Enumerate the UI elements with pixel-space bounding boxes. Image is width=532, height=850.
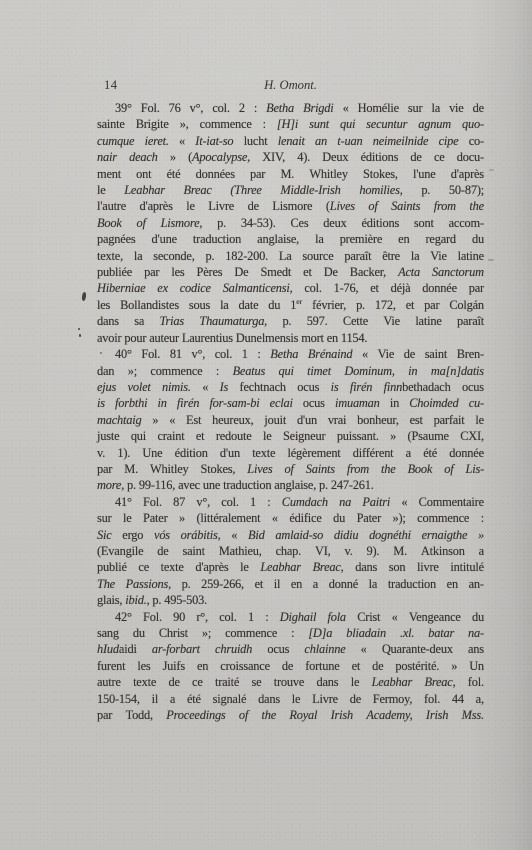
text-line: texte,laseconde,p.182-200.Lasourceparaît… (97, 249, 484, 265)
text-line: 42°Fol.90r°,col.1:DighailfolaCrist«Venge… (97, 610, 484, 626)
text-line: nairdeach»(Apocalypse,XIV,4).Deuxédition… (97, 150, 484, 166)
text-line: publiécetexted'aprèsleLeabharBreac,danss… (97, 560, 484, 576)
text-line: more, p. 99-116, avec une traduction ang… (97, 478, 484, 494)
text-line: ThePassions,p.259-266,etilenadonnélatrad… (97, 577, 484, 593)
text-line: autretextedecetraitésetrouvedansleLeabha… (97, 675, 484, 691)
text-line: 40°Fol.81v°,col.1:BethaBrénaind«Viedesai… (97, 347, 484, 363)
text-line: machtaig»«Estheureux,jouitd'unvraibonheu… (97, 413, 484, 429)
text-line: pagnéesd'unetraductionanglaise,lapremièr… (97, 232, 484, 248)
ink-smudge (81, 292, 86, 301)
ink-smudge (79, 334, 81, 337)
ink-smudge (488, 259, 494, 261)
text-line: cumqueieret.«It-iat-soluchtlenaitant-uan… (97, 134, 484, 150)
ink-smudge (100, 352, 102, 354)
text-line: sainteBrigite»,commence:[H]isuntquisecun… (97, 117, 484, 133)
text-line: parM.WhitleyStokes,LivesofSaintsfromtheB… (97, 462, 484, 478)
ink-smudge (489, 169, 494, 171)
text-line: lesBollandistessousladatedu1erfévrier,p.… (97, 298, 484, 314)
text-line: publiéeparlesPèresDeSmedtetDeBacker,Acta… (97, 265, 484, 281)
text-line: sangduChrist»;commence:[D]abliadain.xl.b… (97, 626, 484, 642)
text-line: hIudaidiar-forbartchruidhocuschlainne«Qu… (97, 642, 484, 658)
paragraph: 41°Fol.87v°,col.1:CumdachnaPaitri«Commen… (97, 495, 484, 610)
text-line: Sicergovósorábitis,«Bidamlaid-sodidiudog… (97, 528, 484, 544)
running-head: H. Omont. (97, 76, 484, 94)
text-line: 150-154,ilaétésignalédansleLivredeFermoy… (97, 692, 484, 708)
text-line: 39°Fol.76v°,col.2:BethaBrigdi«Homéliesur… (97, 101, 484, 117)
text-line: HiberniaeexcodiceSalmanticensi,col.1-76,… (97, 281, 484, 297)
paragraph: 40°Fol.81v°,col.1:BethaBrénaind«Viedesai… (97, 347, 484, 495)
text-line: BookofLismore,p.34-53).Cesdeuxéditionsso… (97, 216, 484, 232)
page-body: 39°Fol.76v°,col.2:BethaBrigdi«Homéliesur… (97, 101, 484, 724)
text-line: v.1).Uneéditiond'untextelégèrementdiffér… (97, 446, 484, 462)
scanned-page: 14 H. Omont. 39°Fol.76v°,col.2:BethaBrig… (0, 0, 532, 850)
text-line: glais, ibid., p. 495-503. (97, 593, 484, 609)
page-header: 14 H. Omont. (97, 76, 484, 94)
text-line: ejusvoletnimis.«Isfechtnachocusisfirénfi… (97, 380, 484, 396)
text-line: dan»;commence:BeatusquitimetDominum,inma… (97, 364, 484, 380)
paragraph: 42°Fol.90r°,col.1:DighailfolaCrist«Venge… (97, 610, 484, 725)
text-line: parTodd,ProceedingsoftheRoyalIrishAcadem… (97, 708, 484, 724)
text-line: furentlesJuifsencroissancedefortuneetdep… (97, 659, 484, 675)
text-line: l'autred'aprèsleLivredeLismore(LivesofSa… (97, 199, 484, 215)
text-line: isforbthiinfirénfor-sam-bieclaiocusimuam… (97, 396, 484, 412)
text-line: mentontétédonnéesparM.WhitleyStokes,l'un… (97, 167, 484, 183)
text-line: leLeabharBreac(ThreeMiddle-Irishhomilies… (97, 183, 484, 199)
text-line: 41°Fol.87v°,col.1:CumdachnaPaitri«Commen… (97, 495, 484, 511)
text-line: surlePater»(littéralement«édificeduPater… (97, 511, 484, 527)
text-line: (EvangiledesaintMathieu,chap.VI,v.9).M.A… (97, 544, 484, 560)
text-line: danssaTriasThaumaturga,p.597.CetteVielat… (97, 314, 484, 330)
text-line: justequicraintetredouteleSeigneurpuissan… (97, 429, 484, 445)
ink-smudge (78, 328, 80, 330)
paragraph: 39°Fol.76v°,col.2:BethaBrigdi«Homéliesur… (97, 101, 484, 347)
text-line: avoir pour auteur Laurentius Dunelmensis… (97, 331, 484, 347)
